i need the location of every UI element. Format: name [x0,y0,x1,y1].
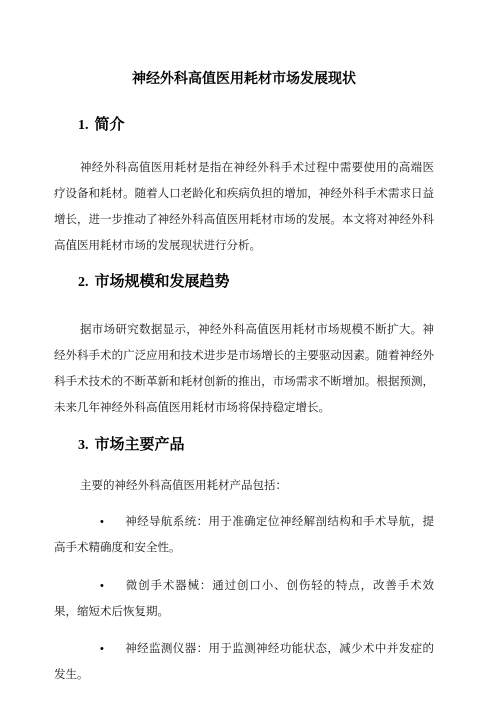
section-2-paragraph: 据市场研究数据显示，神经外科高值医用耗材市场规模不断扩大。神经外科手术的广泛应用… [54,317,434,421]
section-2-heading: 2.市场规模和发展趋势 [78,271,434,294]
section-1-heading-number: 1. [78,118,89,133]
section-1-paragraph: 神经外科高值医用耗材是指在神经外科手术过程中需要使用的高端医疗设备和耗材。随着人… [54,155,434,259]
section-1-heading: 1.简介 [78,114,434,137]
section-3-heading: 3.市场主要产品 [78,434,434,457]
document-page: 神经外科高值医用耗材市场发展现状 1.简介 神经外科高值医用耗材是指在神经外科手… [0,0,496,702]
section-3-heading-number: 3. [78,438,89,453]
bullet-text: 神经监测仪器：用于监测神经功能状态，减少术中并发症的发生。 [54,643,434,681]
bullet-item: •神经监测仪器：用于监测神经功能状态，减少术中并发症的发生。 [54,636,434,688]
section-2-heading-text: 市场规模和发展趋势 [95,273,230,290]
section-1-heading-text: 简介 [95,116,125,133]
bullet-text: 微创手术器械：通过创口小、创伤轻的特点，改善手术效果，缩短术后恢复期。 [54,580,434,618]
bullet-marker-icon: • [100,573,104,599]
bullet-marker-icon: • [100,636,104,662]
document-title: 神经外科高值医用耗材市场发展现状 [54,68,434,88]
section-3-paragraph: 主要的神经外科高值医用耗材产品包括： [54,473,434,499]
bullet-marker-icon: • [100,509,104,535]
bullet-text: 神经导航系统：用于准确定位神经解剖结构和手术导航，提高手术精确度和安全性。 [54,516,434,554]
section-3-heading-text: 市场主要产品 [95,436,185,453]
bullet-item: •神经导航系统：用于准确定位神经解剖结构和手术导航，提高手术精确度和安全性。 [54,509,434,561]
section-2-heading-number: 2. [78,275,89,290]
bullet-item: •微创手术器械：通过创口小、创伤轻的特点，改善手术效果，缩短术后恢复期。 [54,573,434,625]
